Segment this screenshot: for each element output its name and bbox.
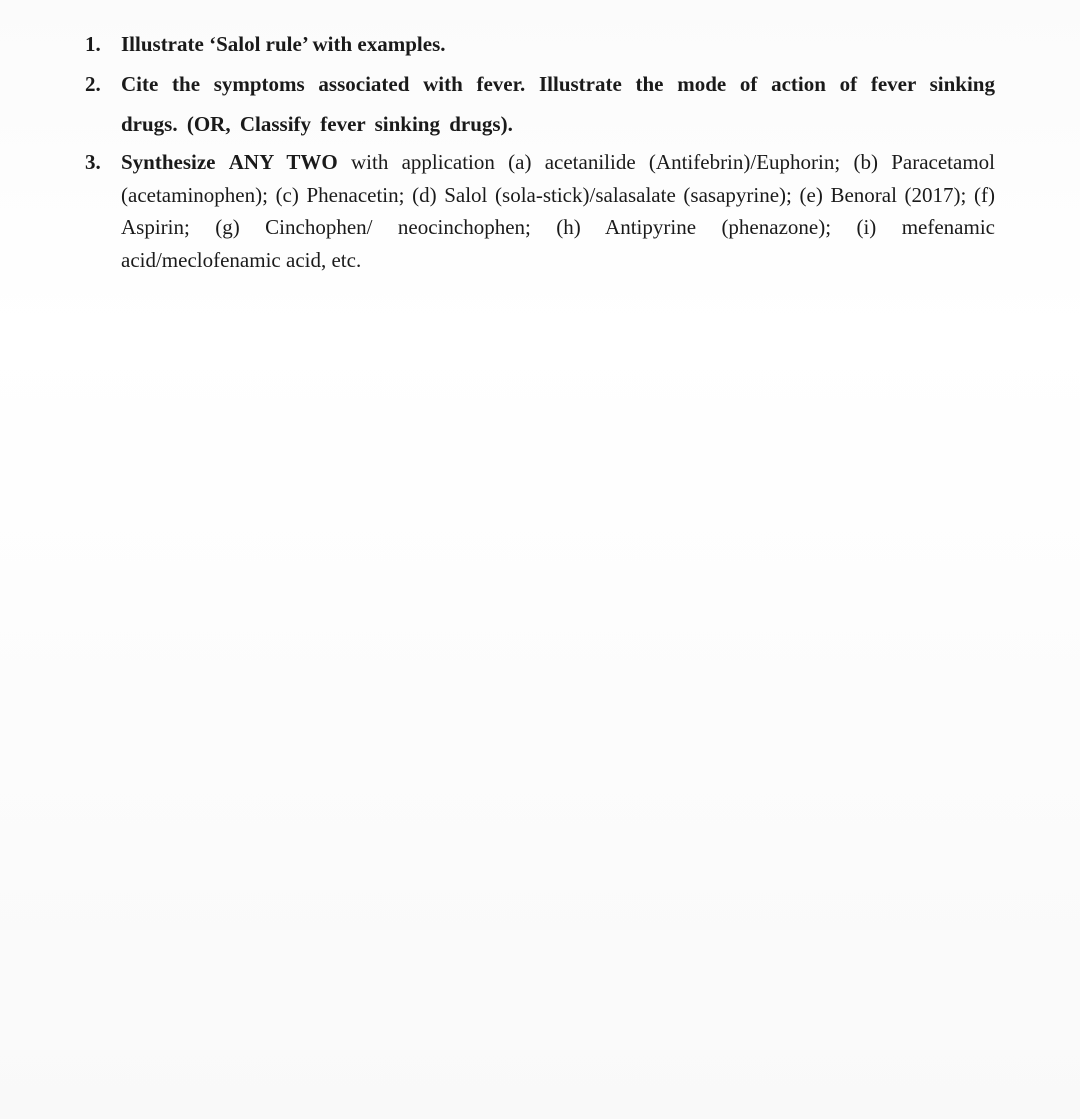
question-1: 1. Illustrate ‘Salol rule’ with examples…	[85, 28, 995, 61]
question-3: 3. Synthesize ANY TWO with application (…	[85, 146, 995, 276]
question-number: 1.	[85, 28, 117, 61]
question-emphasis: ANY TWO	[229, 150, 338, 174]
question-lead-verb: Synthesize	[121, 150, 216, 174]
question-2: 2. Cite the symptoms associated with fev…	[85, 64, 995, 144]
question-text: Synthesize ANY TWO with application (a) …	[121, 146, 995, 276]
question-text: Illustrate ‘Salol rule’ with examples.	[121, 28, 995, 61]
question-number: 2.	[85, 64, 117, 104]
question-number: 3.	[85, 146, 117, 179]
document-page: 1. Illustrate ‘Salol rule’ with examples…	[0, 0, 1080, 1119]
question-text: Cite the symptoms associated with fever.…	[121, 64, 995, 144]
